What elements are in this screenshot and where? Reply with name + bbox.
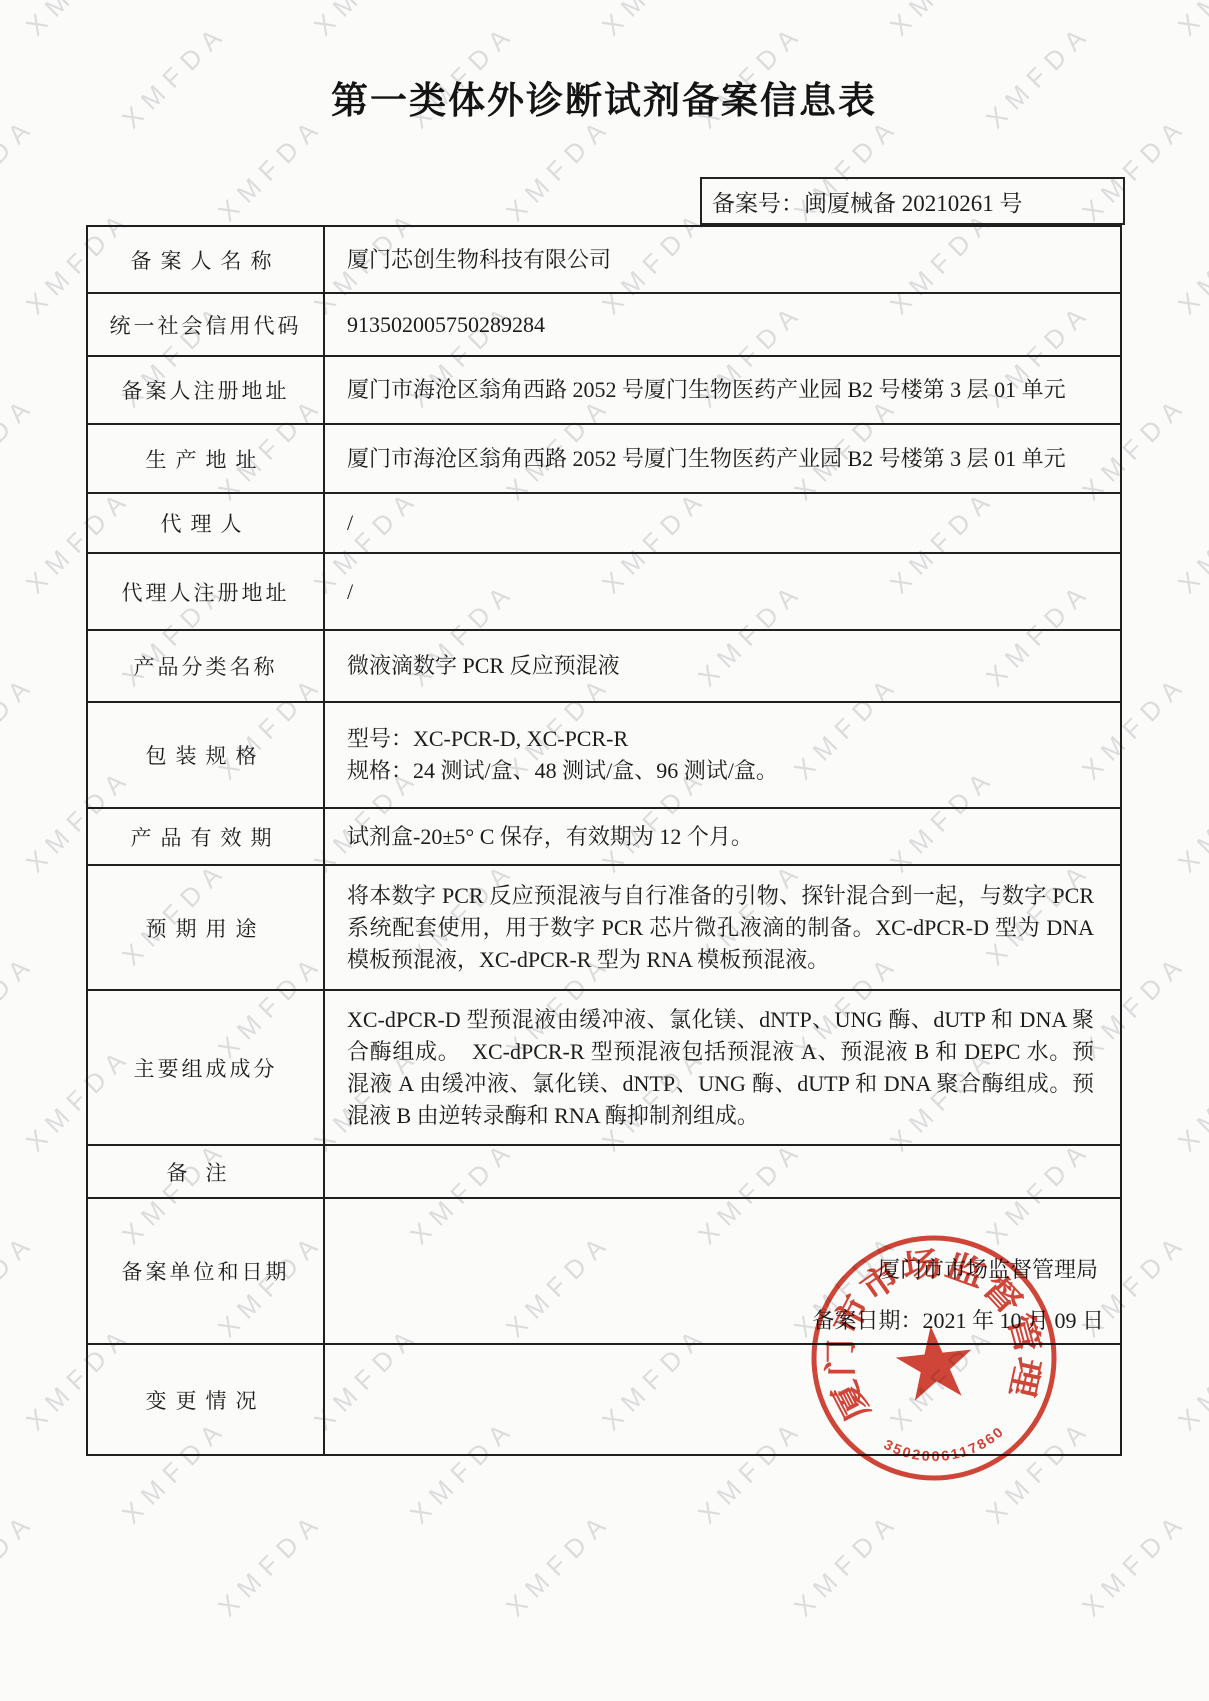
watermark-text: XMFDA [0,1505,42,1623]
row-value-line: 将本数字 PCR 反应预混液与自行准备的引物、探针混合到一起，与数字 PCR 系… [347,880,1094,976]
record-number: 备案号：闽厦械备 20210261 号 [712,185,1023,218]
row-value-line [347,1167,1094,1177]
row-value: 厦门芯创生物科技有限公司 [325,227,1120,292]
watermark-text: XMFDA [1172,761,1209,879]
row-label: 备案人名称 [88,227,325,292]
row-value-line: / [347,576,1094,608]
row-value-line: 913502005750289284 [347,309,1094,341]
watermark-text: XMFDA [500,110,618,228]
row-label: 产品分类名称 [88,631,325,701]
table-row: 产品有效期试剂盒-20±5° C 保存，有效期为 12 个月。 [88,807,1120,864]
row-label: 代理人 [88,494,325,552]
row-value: 将本数字 PCR 反应预混液与自行准备的引物、探针混合到一起，与数字 PCR 系… [325,866,1120,989]
watermark-text: XMFDA [788,1505,906,1623]
table-row: 主要组成成分XC-dPCR-D 型预混液由缓冲液、氯化镁、dNTP、UNG 酶、… [88,989,1120,1144]
row-label: 产品有效期 [88,809,325,864]
row-label: 统一社会信用代码 [88,294,325,355]
record-number-box: 备案号：闽厦械备 20210261 号 [700,177,1125,225]
watermark-text: XMFDA [212,1505,330,1623]
row-value: 厦门市海沧区翁角西路 2052 号厦门生物医药产业园 B2 号楼第 3 层 01… [325,357,1120,423]
watermark-text: XMFDA [0,668,42,786]
table-row: 备案人名称厦门芯创生物科技有限公司 [88,227,1120,292]
row-value: 微液滴数字 PCR 反应预混液 [325,631,1120,701]
table-row: 变更情况 [88,1343,1120,1454]
row-label: 备案单位和日期 [88,1199,325,1343]
row-value-line [347,1395,1094,1405]
row-label: 生产地址 [88,425,325,492]
filing-authority: 厦门市市场监督管理局 [812,1255,1098,1285]
row-value: / [325,554,1120,629]
watermark-text: XMFDA [1172,1319,1209,1437]
row-label: 变更情况 [88,1345,325,1454]
row-value: 厦门市市场监督管理局备案日期：2021 年 10 月 09 日 [325,1199,1120,1343]
watermark-text: XMFDA [0,389,42,507]
filing-date: 备案日期：2021 年 10 月 09 日 [812,1306,1104,1336]
row-value: XC-dPCR-D 型预混液由缓冲液、氯化镁、dNTP、UNG 酶、dUTP 和… [325,991,1120,1144]
row-value [325,1146,1120,1197]
row-value [325,1345,1120,1454]
table-row: 备案单位和日期厦门市市场监督管理局备案日期：2021 年 10 月 09 日 [88,1197,1120,1343]
row-label: 预期用途 [88,866,325,989]
row-value: 厦门市海沧区翁角西路 2052 号厦门生物医药产业园 B2 号楼第 3 层 01… [325,425,1120,492]
row-label: 备案人注册地址 [88,357,325,423]
table-row: 备注 [88,1144,1120,1197]
row-value: 试剂盒-20±5° C 保存，有效期为 12 个月。 [325,809,1120,864]
row-label: 备注 [88,1146,325,1197]
row-value-line: 规格：24 测试/盒、48 测试/盒、96 测试/盒。 [347,755,1094,787]
row-label: 包装规格 [88,703,325,807]
row-value: / [325,494,1120,552]
row-value-line: 厦门芯创生物科技有限公司 [347,244,1094,276]
table-row: 生产地址厦门市海沧区翁角西路 2052 号厦门生物医药产业园 B2 号楼第 3 … [88,423,1120,492]
row-value-line: / [347,507,1094,539]
watermark-text: XMFDA [0,1226,42,1344]
document-page: { "page": { "title": "第一类体外诊断试剂备案信息表", "… [0,0,1209,1701]
table-row: 备案人注册地址厦门市海沧区翁角西路 2052 号厦门生物医药产业园 B2 号楼第… [88,355,1120,423]
table-row: 预期用途将本数字 PCR 反应预混液与自行准备的引物、探针混合到一起，与数字 P… [88,864,1120,989]
watermark-text: XMFDA [884,0,1002,42]
row-value-line: 型号：XC-PCR-D, XC-PCR-R [347,723,1094,755]
watermark-text: XMFDA [500,1505,618,1623]
watermark-text: XMFDA [20,0,138,42]
row-label: 代理人注册地址 [88,554,325,629]
watermark-text: XMFDA [308,0,426,42]
row-value: 913502005750289284 [325,294,1120,355]
row-value-line: 试剂盒-20±5° C 保存，有效期为 12 个月。 [347,821,1094,853]
watermark-text: XMFDA [0,110,42,228]
row-label: 主要组成成分 [88,991,325,1144]
watermark-text: XMFDA [0,947,42,1065]
table-row: 代理人注册地址/ [88,552,1120,629]
table-row: 包装规格型号：XC-PCR-D, XC-PCR-R规格：24 测试/盒、48 测… [88,701,1120,807]
filing-block: 厦门市市场监督管理局备案日期：2021 年 10 月 09 日 [812,1255,1104,1336]
table-row: 统一社会信用代码913502005750289284 [88,292,1120,355]
row-value-line: 微液滴数字 PCR 反应预混液 [347,650,1094,682]
row-value-line: 厦门市海沧区翁角西路 2052 号厦门生物医药产业园 B2 号楼第 3 层 01… [347,443,1094,475]
watermark-text: XMFDA [1076,1505,1194,1623]
row-value-line: XC-dPCR-D 型预混液由缓冲液、氯化镁、dNTP、UNG 酶、dUTP 和… [347,1004,1094,1132]
watermark-text: XMFDA [1172,1040,1209,1158]
watermark-text: XMFDA [1172,0,1209,42]
table-row: 代理人/ [88,492,1120,552]
info-table: 备案人名称厦门芯创生物科技有限公司统一社会信用代码913502005750289… [86,225,1122,1456]
watermark-text: XMFDA [212,110,330,228]
watermark-text: XMFDA [1172,203,1209,321]
row-value-line: 厦门市海沧区翁角西路 2052 号厦门生物医药产业园 B2 号楼第 3 层 01… [347,374,1094,406]
page-title: 第一类体外诊断试剂备案信息表 [86,70,1122,124]
table-row: 产品分类名称微液滴数字 PCR 反应预混液 [88,629,1120,701]
watermark-text: XMFDA [1172,482,1209,600]
row-value: 型号：XC-PCR-D, XC-PCR-R规格：24 测试/盒、48 测试/盒、… [325,703,1120,807]
watermark-text: XMFDA [596,0,714,42]
